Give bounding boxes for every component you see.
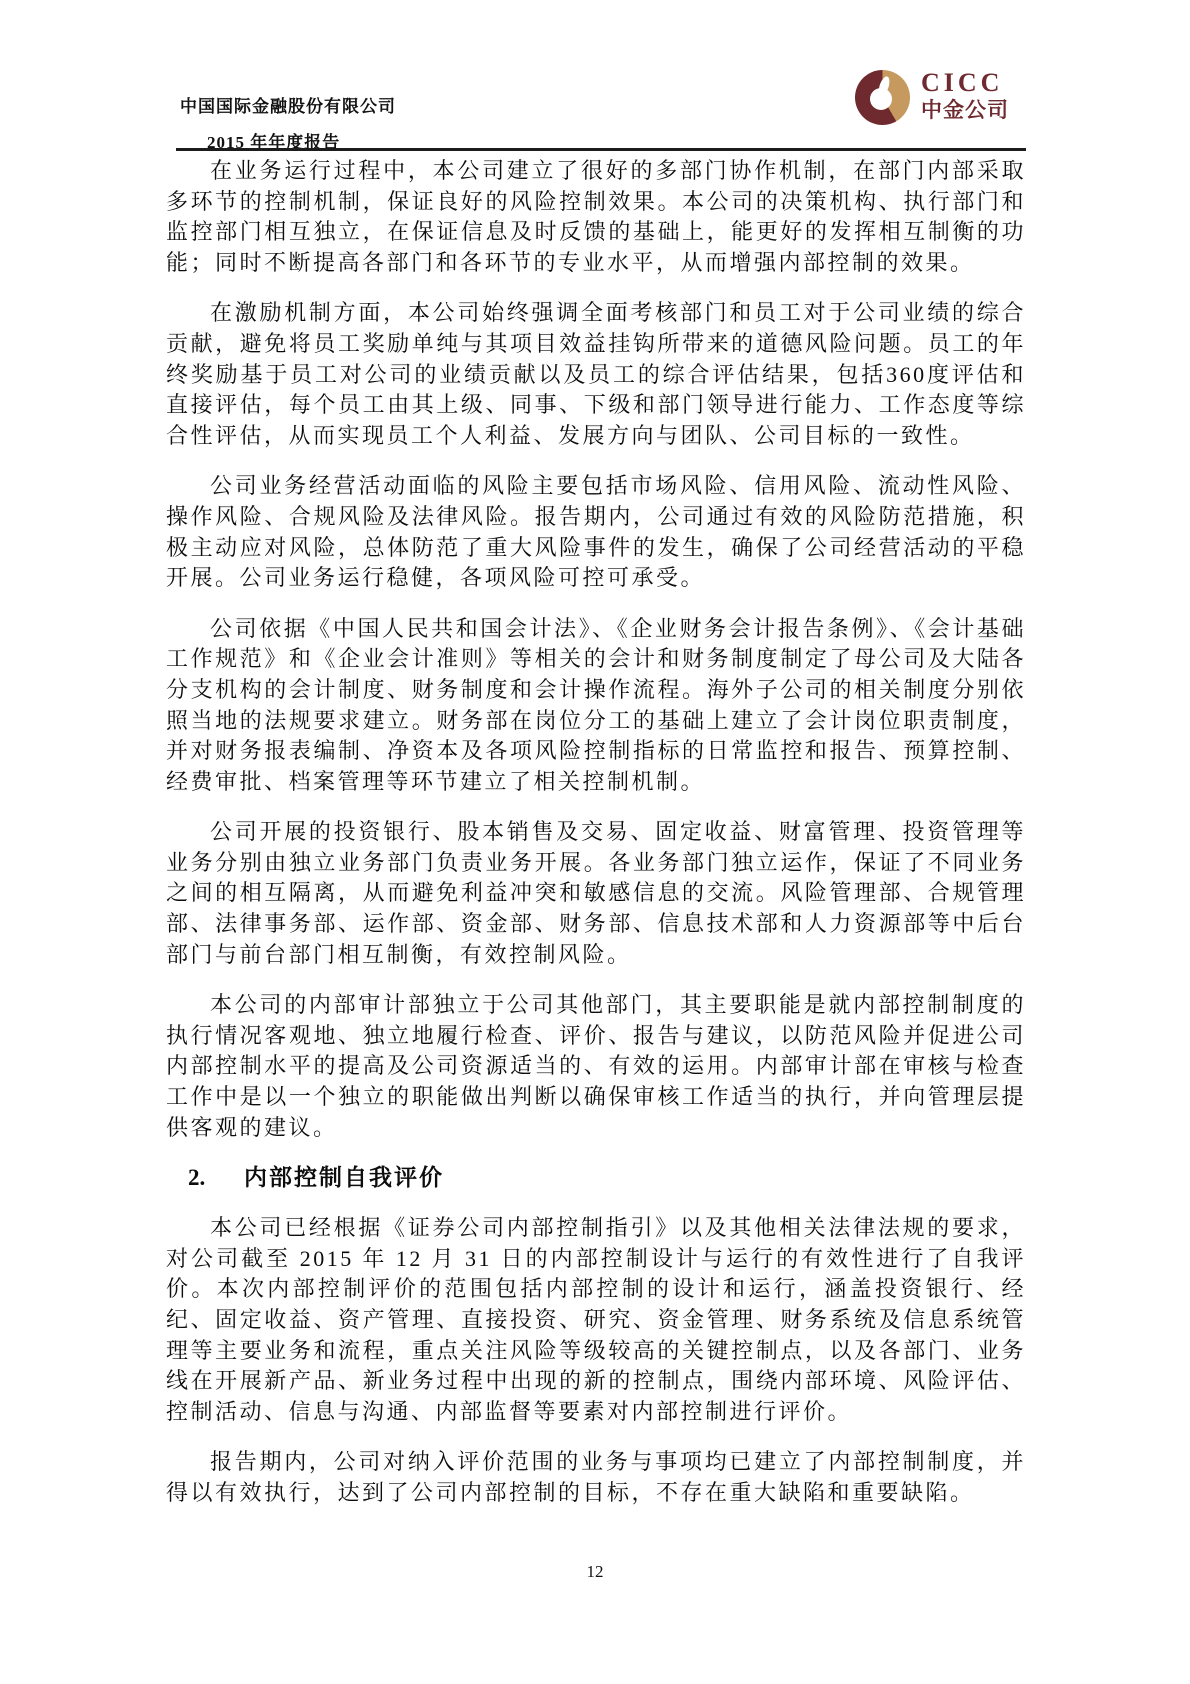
logo-wordmark-en: CICC [921,70,1009,96]
body-paragraph: 公司业务经营活动面临的风险主要包括市场风险、信用风险、流动性风险、操作风险、合规… [166,471,1026,593]
page-number: 12 [0,1562,1190,1582]
report-page: 中国国际金融股份有限公司 2015 年年度报告 CICC 中金公司 在业务运行过… [0,0,1190,1684]
cicc-logo: CICC 中金公司 [855,70,1009,125]
body-paragraph: 公司依据《中国人民共和国会计法》、《企业财务会计报告条例》、《会计基础工作规范》… [166,614,1026,798]
body-paragraph: 本公司的内部审计部独立于公司其他部门，其主要职能是就内部控制制度的执行情况客观地… [166,990,1026,1143]
body-paragraph: 在业务运行过程中，本公司建立了很好的多部门协作机制，在部门内部采取多环节的控制机… [166,156,1026,278]
section-heading: 2. 内部控制自我评价 [188,1163,1026,1193]
body-paragraph: 公司开展的投资银行、股本销售及交易、固定收益、财富管理、投资管理等业务分别由独立… [166,817,1026,970]
body-paragraph: 报告期内，公司对纳入评价范围的业务与事项均已建立了内部控制制度，并得以有效执行，… [166,1447,1026,1508]
body-paragraph: 在激励机制方面，本公司始终强调全面考核部门和员工对于公司业绩的综合贡献，避免将员… [166,298,1026,451]
section-number: 2. [188,1163,244,1193]
company-name: 中国国际金融股份有限公司 [180,92,396,117]
logo-wordmark: CICC 中金公司 [921,70,1009,121]
body-paragraph: 本公司已经根据《证券公司内部控制指引》以及其他相关法律法规的要求，对公司截至 2… [166,1213,1026,1427]
cicc-logo-icon [855,70,910,125]
document-body: 在业务运行过程中，本公司建立了很好的多部门协作机制，在部门内部采取多环节的控制机… [166,156,1026,1529]
header-divider [176,148,1026,151]
section-title: 内部控制自我评价 [244,1163,444,1193]
logo-wordmark-cn: 中金公司 [921,100,1009,121]
